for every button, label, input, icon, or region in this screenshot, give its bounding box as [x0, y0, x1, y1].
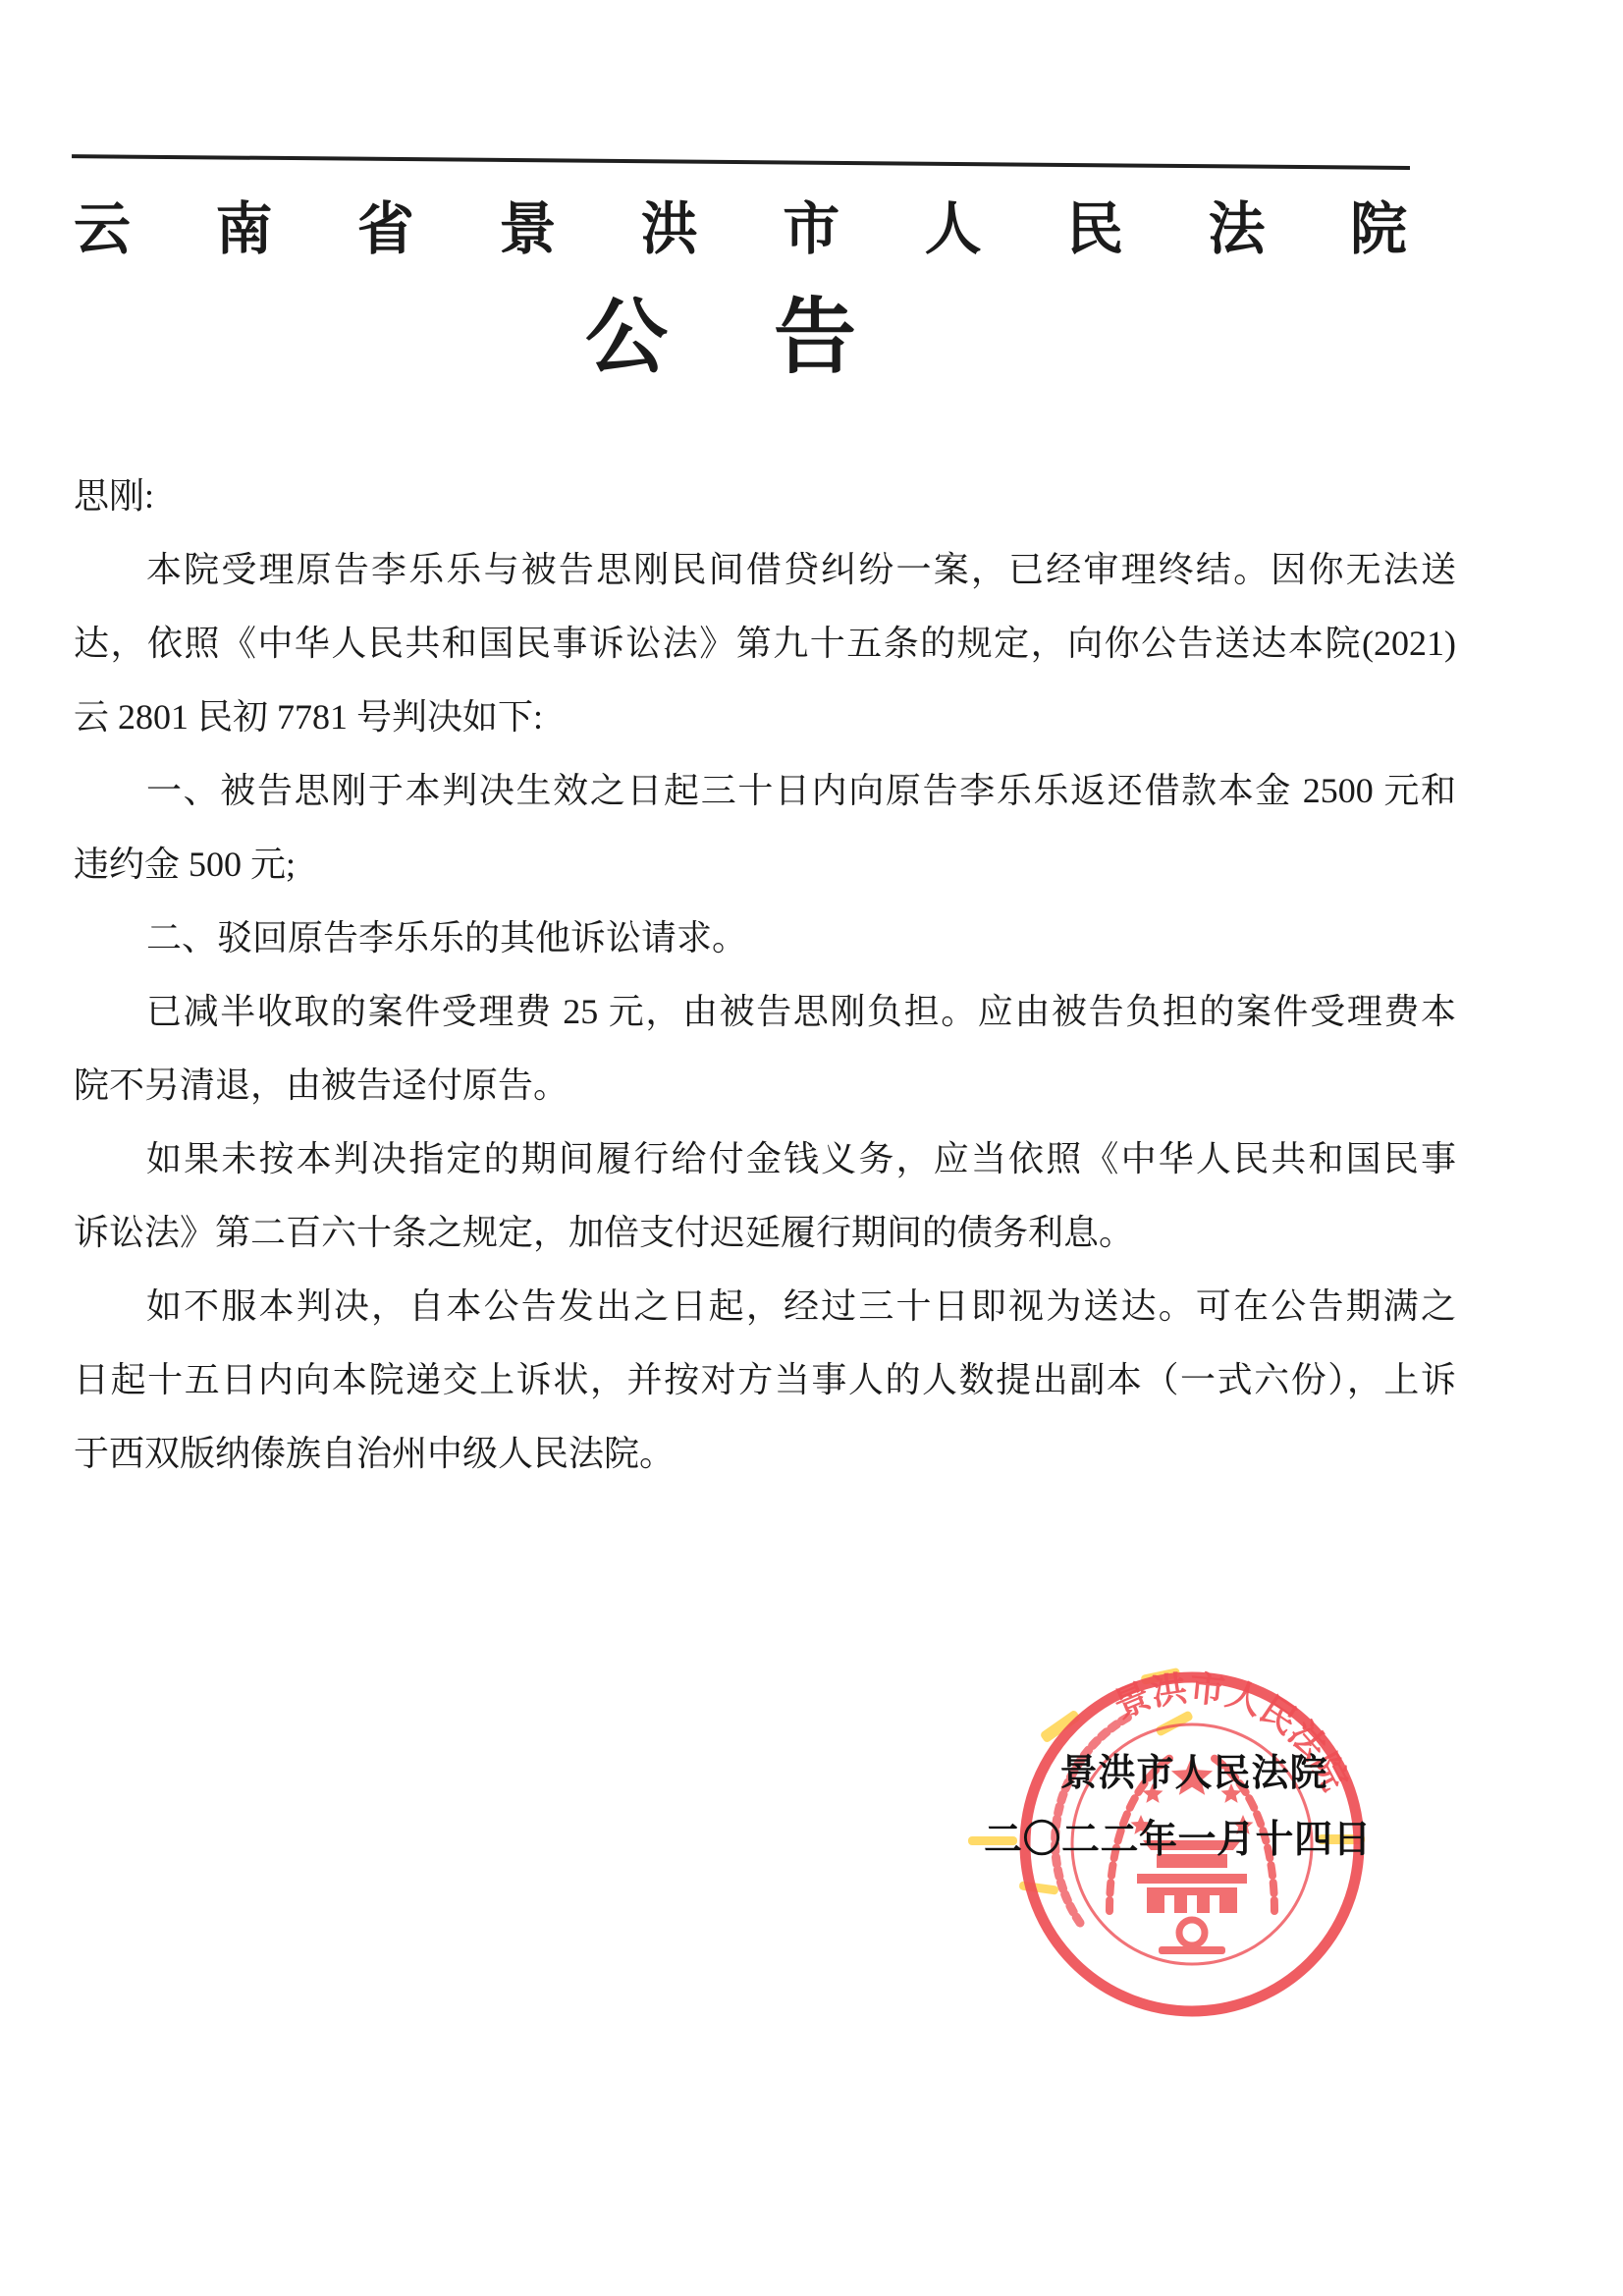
- announcement-body: 思刚: 本院受理原告李乐乐与被告思刚民间借贷纠纷一案，已经审理终结。因你无法送 …: [74, 460, 1456, 1491]
- body-line: 云 2801 民初 7781 号判决如下:: [74, 681, 1456, 754]
- emblem-gate-arch: [1164, 1895, 1174, 1913]
- signature-date: 二〇二二年一月十四日: [984, 1809, 1372, 1864]
- emblem-gate-band: [1137, 1874, 1247, 1884]
- announcement-document: 云南省景洪市人民法院 公告 思刚: 本院受理原告李乐乐与被告思刚民间借贷纠纷一案…: [0, 0, 1623, 2296]
- header-court-name: 云南省景洪市人民法院: [74, 183, 1407, 265]
- emblem-ribbon: [1159, 1946, 1225, 1954]
- emblem-gear: [1179, 1920, 1205, 1945]
- body-line: 院不另清退，由被告迳付原告。: [74, 1049, 1456, 1122]
- body-line: 如果未按本判决指定的期间履行给付金钱义务，应当依照《中华人民共和国民事: [74, 1122, 1456, 1196]
- body-line: 诉讼法》第二百六十条之规定，加倍支付迟延履行期间的债务利息。: [74, 1196, 1456, 1270]
- emblem-gate-arch: [1187, 1895, 1197, 1913]
- official-court-seal: 景洪市人民法院: [1011, 1656, 1377, 2033]
- signature-court-name: 景洪市人民法院: [1059, 1742, 1327, 1796]
- body-line: 达，依照《中华人民共和国民事诉讼法》第九十五条的规定，向你公告送达本院(2021…: [74, 607, 1456, 681]
- document-title: 公告: [585, 271, 856, 390]
- scan-artifact-line: [72, 154, 1410, 169]
- body-line: 思刚:: [74, 460, 1456, 533]
- body-line: 于西双版纳傣族自治州中级人民法院。: [74, 1417, 1456, 1491]
- body-line: 违约金 500 元;: [74, 828, 1456, 902]
- body-line: 二、驳回原告李乐乐的其他诉讼请求。: [74, 902, 1456, 975]
- body-line: 已减半收取的案件受理费 25 元，由被告思刚负担。应由被告负担的案件受理费本: [74, 975, 1456, 1049]
- body-line: 如不服本判决，自本公告发出之日起，经过三十日即视为送达。可在公告期满之: [74, 1270, 1456, 1343]
- body-line: 一、被告思刚于本判决生效之日起三十日内向原告李乐乐返还借款本金 2500 元和: [74, 754, 1456, 828]
- body-line: 日起十五日内向本院递交上诉状，并按对方当事人的人数提出副本（一式六份），上诉: [74, 1343, 1456, 1417]
- body-line: 本院受理原告李乐乐与被告思刚民间借贷纠纷一案，已经审理终结。因你无法送: [74, 533, 1456, 607]
- emblem-gate-arch: [1210, 1895, 1219, 1913]
